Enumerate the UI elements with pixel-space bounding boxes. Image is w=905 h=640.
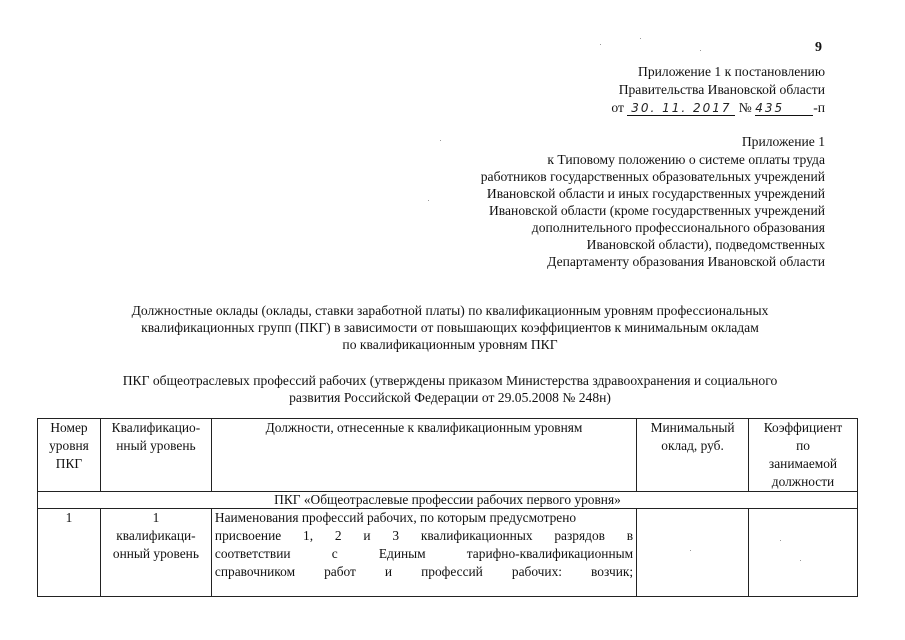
- speck: [780, 540, 781, 541]
- cell-text: 1: [104, 509, 208, 527]
- cell-text: соответствии с Единым тарифно-квалификац…: [215, 545, 633, 563]
- speck: [428, 200, 429, 201]
- number-suffix: -п: [813, 100, 825, 115]
- header-text: нный уровень: [104, 437, 208, 455]
- header-positions: Должности, отнесенные к квалификационным…: [211, 419, 636, 492]
- handwritten-number: 435: [755, 101, 813, 116]
- number-prefix: №: [739, 100, 752, 115]
- section-title-line: ПКГ общеотраслевых профессий рабочих (ут…: [40, 372, 860, 390]
- header-level-number: Номер уровня ПКГ: [38, 419, 101, 492]
- appendix-line: Ивановской области (кроме государственны…: [489, 202, 825, 220]
- header-line-2: Правительства Ивановской области: [619, 81, 825, 99]
- header-text: Коэффициент: [752, 419, 854, 437]
- header-qual-level: Квалификацио- нный уровень: [100, 419, 211, 492]
- speck: [640, 38, 641, 39]
- header-text: уровня: [41, 437, 97, 455]
- header-min-salary: Минимальный оклад, руб.: [637, 419, 749, 492]
- table-row: 1 1 квалификаци- онный уровень Наименова…: [38, 509, 858, 597]
- salary-table: Номер уровня ПКГ Квалификацио- нный уров…: [37, 418, 858, 597]
- speck: [440, 140, 441, 141]
- cell-text: присвоение 1, 2 и 3 квалификационных раз…: [215, 527, 633, 545]
- header-text: занимаемой: [752, 455, 854, 473]
- speck: [690, 550, 691, 551]
- cell-text: онный уровень: [104, 545, 208, 563]
- speck: [600, 44, 601, 45]
- header-date-number: от 30. 11. 2017 № 435-п: [611, 99, 825, 117]
- handwritten-date: 30. 11. 2017: [627, 101, 735, 116]
- header-coefficient: Коэффициент по занимаемой должности: [749, 419, 858, 492]
- header-text: должности: [752, 473, 854, 491]
- appendix-line: к Типовому положению о системе оплаты тр…: [547, 151, 825, 169]
- header-text: по: [752, 437, 854, 455]
- main-title-line: Должностные оклады (оклады, ставки зараб…: [40, 302, 860, 320]
- header-line-1: Приложение 1 к постановлению: [638, 63, 825, 81]
- appendix-line: Ивановской области), подведомственных: [587, 236, 825, 254]
- cell-positions: Наименования профессий рабочих, по котор…: [211, 509, 636, 597]
- cell-level-number: 1: [38, 509, 101, 597]
- header-text: Минимальный: [640, 419, 745, 437]
- appendix-line: Департаменту образования Ивановской обла…: [547, 253, 825, 271]
- header-text: Номер: [41, 419, 97, 437]
- appendix-line: Ивановской области и иных государственны…: [487, 185, 825, 203]
- main-title-line: по квалификационным уровням ПКГ: [40, 336, 860, 354]
- speck: [700, 50, 701, 51]
- group-row: ПКГ «Общеотраслевые профессии рабочих пе…: [38, 492, 858, 509]
- section-title-line: развития Российской Федерации от 29.05.2…: [40, 389, 860, 407]
- header-text: ПКГ: [41, 455, 97, 473]
- appendix-line: работников государственных образовательн…: [481, 168, 825, 186]
- cell-text: справочником работ и профессий рабочих: …: [215, 563, 633, 581]
- cell-coefficient: [749, 509, 858, 597]
- group-row-title: ПКГ «Общеотраслевые профессии рабочих пе…: [38, 492, 858, 509]
- date-prefix: от: [611, 100, 624, 115]
- header-text: оклад, руб.: [640, 437, 745, 455]
- appendix-title: Приложение 1: [742, 133, 825, 151]
- speck: [800, 560, 801, 561]
- cell-min-salary: [637, 509, 749, 597]
- table-header-row: Номер уровня ПКГ Квалификацио- нный уров…: [38, 419, 858, 492]
- appendix-line: дополнительного профессионального образо…: [532, 219, 825, 237]
- page-number: 9: [815, 40, 822, 56]
- cell-text: квалификаци-: [104, 527, 208, 545]
- header-text: Квалификацио-: [104, 419, 208, 437]
- cell-text: Наименования профессий рабочих, по котор…: [215, 509, 633, 527]
- cell-qual-level: 1 квалификаци- онный уровень: [100, 509, 211, 597]
- main-title-line: квалификационных групп (ПКГ) в зависимос…: [40, 319, 860, 337]
